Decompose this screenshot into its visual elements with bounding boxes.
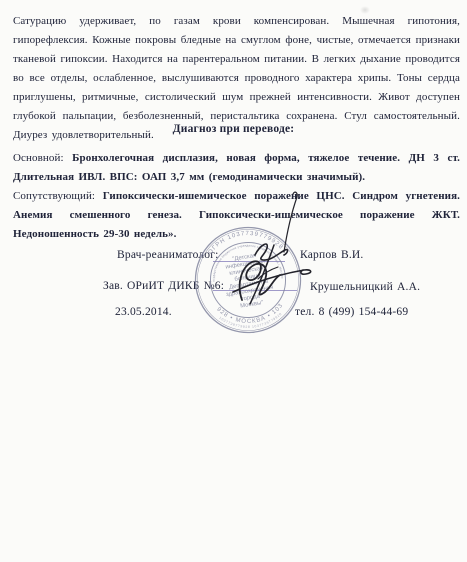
primary-diagnosis-text: Бронхолегочная дисплазия, новая форма, т… [13, 152, 460, 183]
signature-flourish-up [284, 192, 297, 252]
primary-diagnosis: Основной: Бронхолегочная дисплазия, нова… [13, 149, 460, 187]
handwritten-signature [185, 183, 340, 323]
signature-tail-loop [233, 270, 311, 292]
primary-diagnosis-label: Основной: [13, 152, 64, 164]
document-date: 23.05.2014. [115, 305, 172, 319]
signature-cross-stroke [250, 245, 274, 304]
diagnosis-heading: Диагноз при переводе: [0, 120, 467, 139]
secondary-diagnosis-label: Сопутствующий: [13, 190, 95, 202]
document-page: Сатурацию удерживает, по газам крови ком… [0, 0, 467, 562]
